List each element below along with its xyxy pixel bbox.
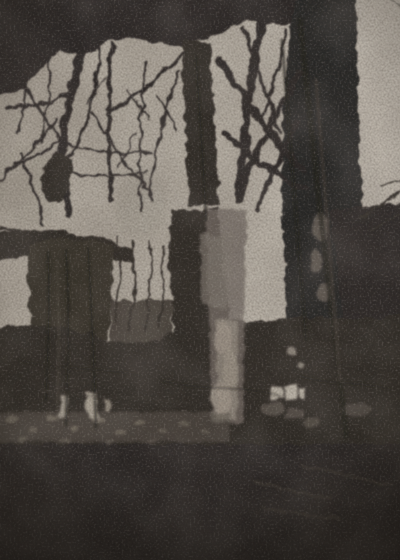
photo-canvas: vintage photogravure print, heavy grain,… <box>0 0 400 560</box>
vintage-tree-photograph: vintage photogravure print, heavy grain,… <box>0 0 400 560</box>
bottom-shadow <box>0 430 400 560</box>
